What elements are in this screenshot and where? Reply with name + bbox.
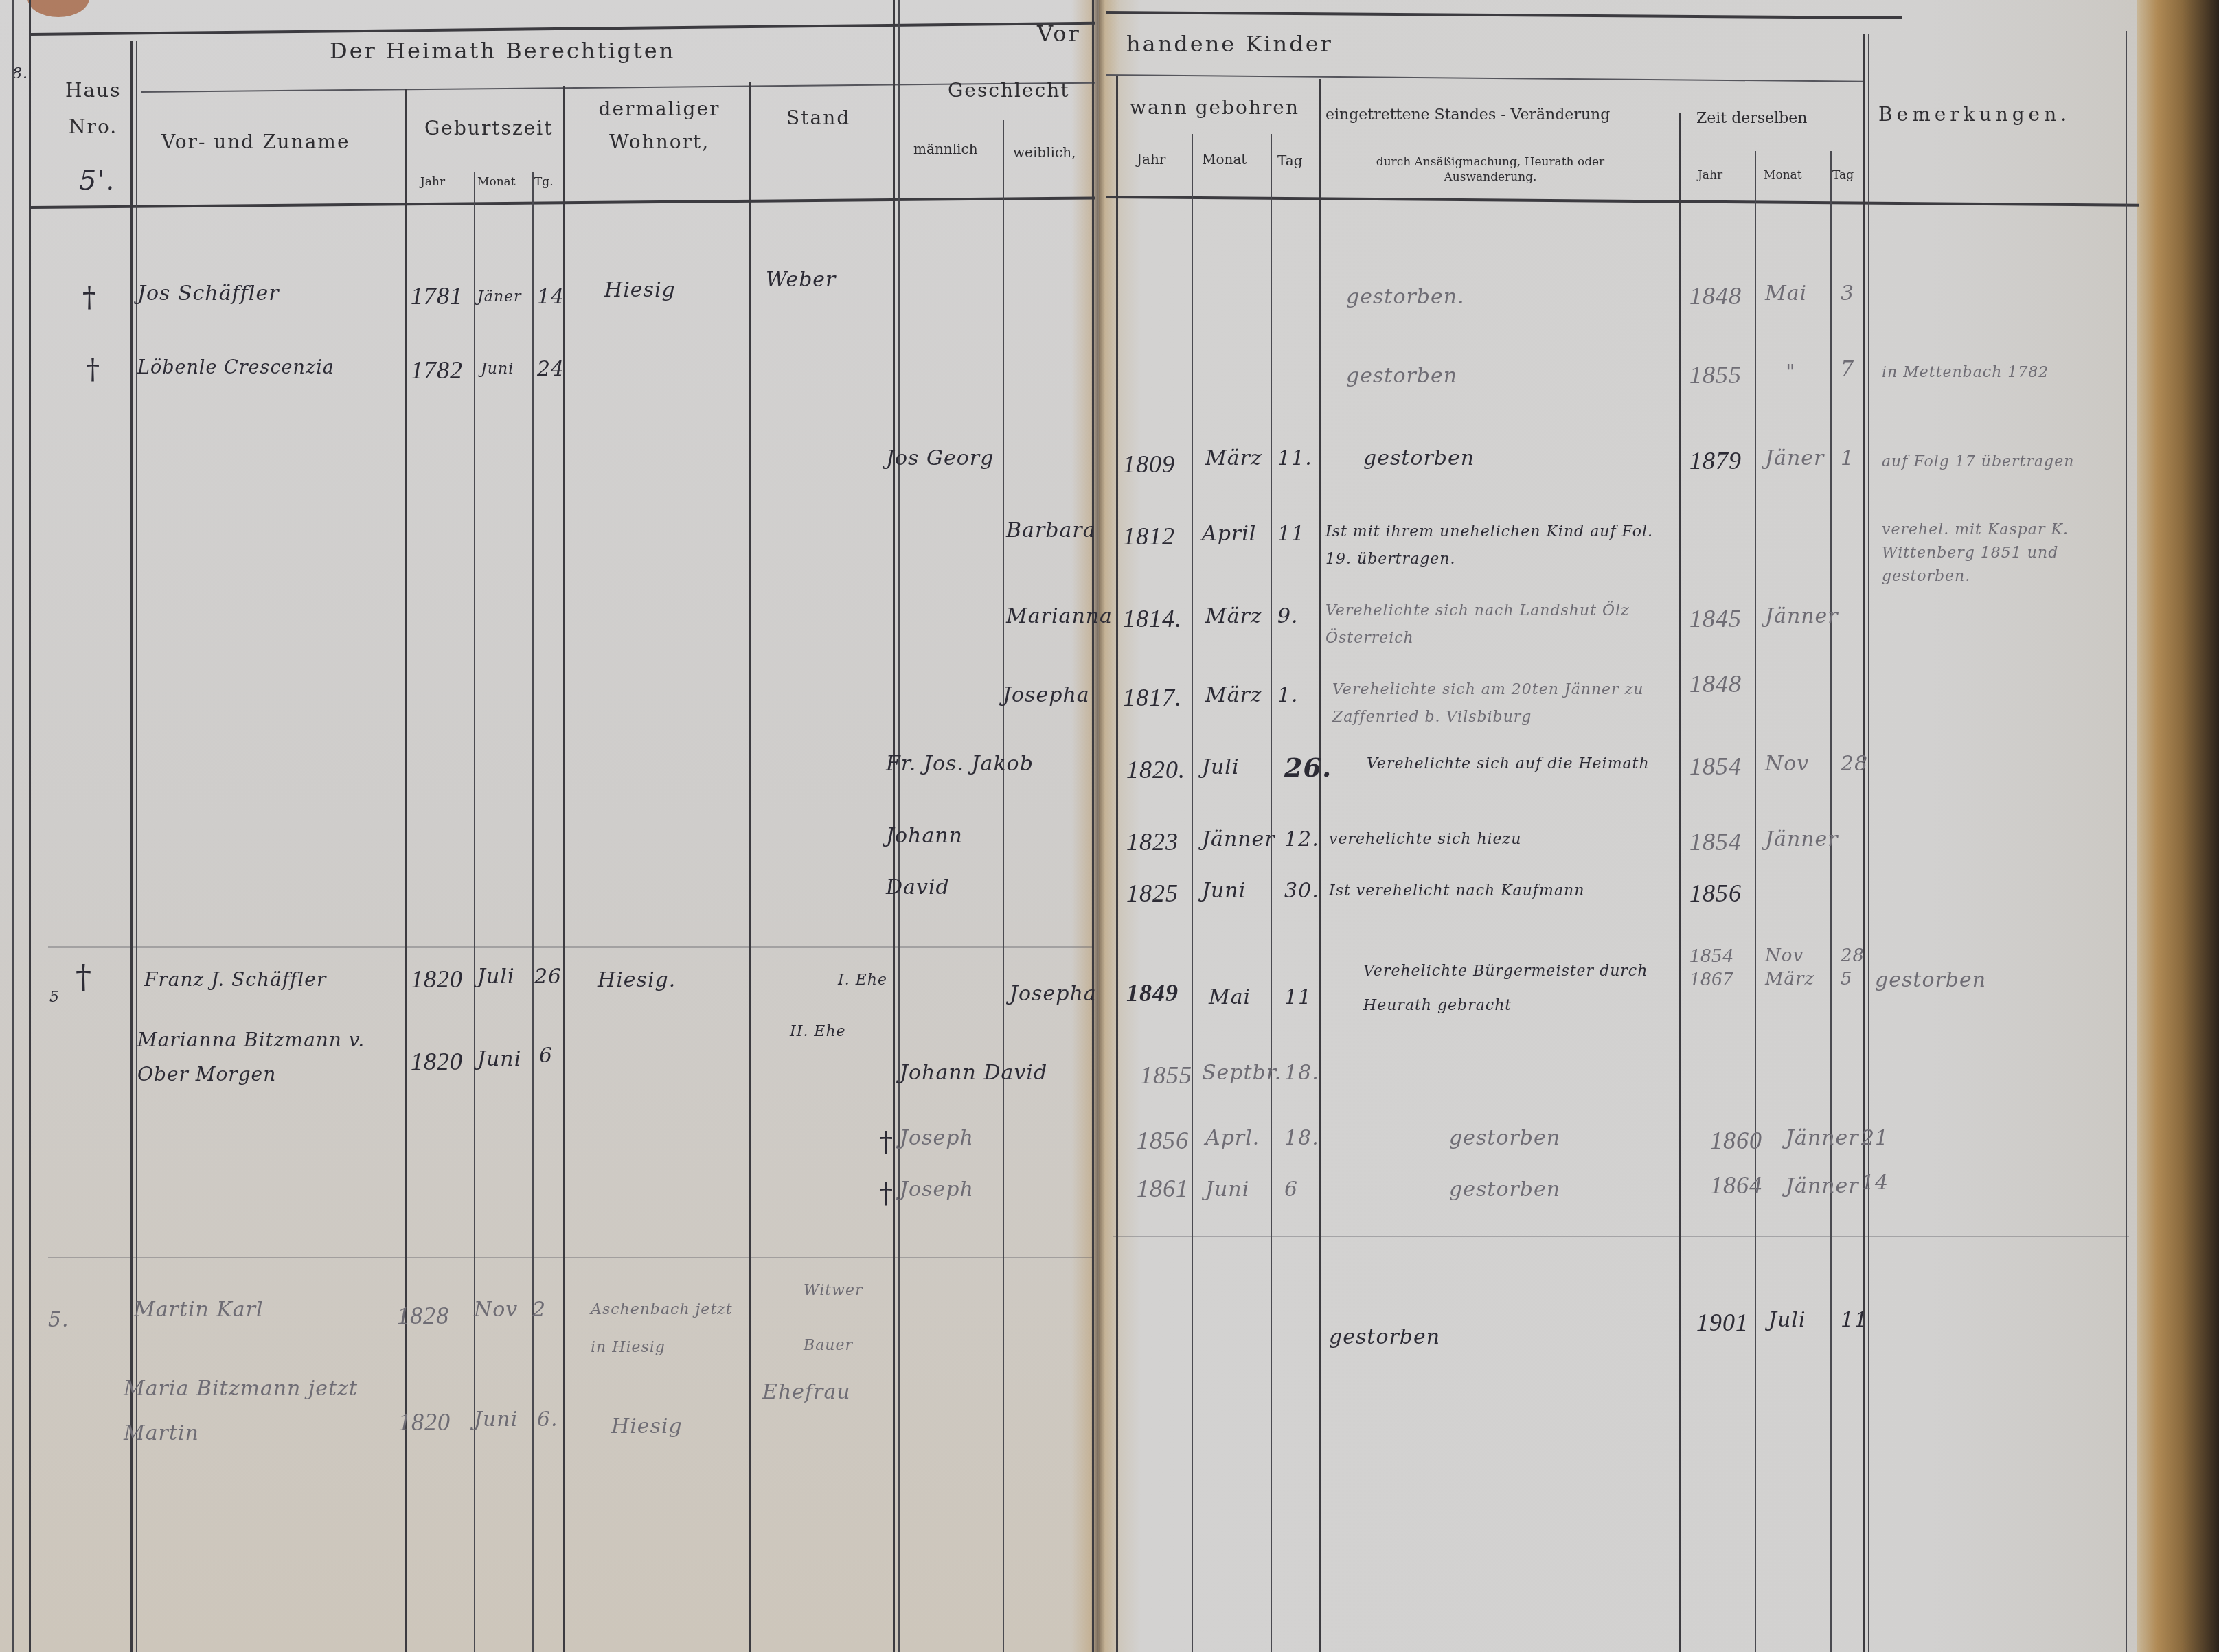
child-change-month: Jänner xyxy=(1786,1174,1859,1198)
col-line xyxy=(563,86,565,1652)
book-gutter xyxy=(1071,0,1119,1652)
parent-residence: Hiesig. xyxy=(598,968,676,992)
child-change-month: Jäner xyxy=(1765,446,1824,470)
parent-status: Weber xyxy=(766,268,836,292)
child-change-month: Jänner xyxy=(1765,827,1839,851)
child-change-year: 1854 xyxy=(1689,827,1742,856)
parent-change-month: " xyxy=(1786,360,1796,385)
col-line xyxy=(1679,113,1681,1652)
house-number: 5. xyxy=(48,1308,69,1332)
child-birth-day: 1. xyxy=(1277,683,1299,707)
child-birth-day: 9. xyxy=(1277,604,1299,628)
child-birth-year: 1820. xyxy=(1126,755,1185,784)
child-change-month: Jänner xyxy=(1786,1126,1859,1150)
parent-change: Verehelichte Bürgermeister durch Heurath… xyxy=(1363,954,1686,1023)
child-male-name: Johann David xyxy=(900,1061,1047,1085)
house-number: 5 xyxy=(49,989,60,1006)
child-birth-day: 11. xyxy=(1277,446,1312,470)
parent-change-day: 3 xyxy=(1841,282,1854,306)
child-birth-year: 1814. xyxy=(1123,604,1182,633)
parent-name: Löbenle Crescenzia xyxy=(137,357,334,378)
child-male-name: David xyxy=(886,875,950,899)
child-change: gestorben xyxy=(1449,1178,1560,1202)
header-change-time: Zeit derselben xyxy=(1696,110,1807,127)
child-birth-year: 1855 xyxy=(1140,1061,1192,1090)
child-change-day: 14 xyxy=(1861,1171,1889,1195)
header-birth-day: Tg. xyxy=(534,175,554,189)
parent-change: gestorben. xyxy=(1346,285,1465,309)
parent-change-month: Juli xyxy=(1768,1308,1806,1332)
child-change: Verehelichte sich auf die Heimath xyxy=(1367,755,1650,772)
child-birth-day: 30. xyxy=(1284,879,1319,903)
col-line xyxy=(29,0,31,1652)
register-spread: 8. Haus Nro. 5'. Der Heimath Berechtigte… xyxy=(0,0,2219,1652)
parent-birth-year: 1820 xyxy=(411,965,463,994)
parent-birth-day: 6. xyxy=(537,1408,558,1432)
header-male: männlich xyxy=(913,141,978,157)
parent-change-year: 1855 xyxy=(1689,360,1742,389)
header-change-month: Monat xyxy=(1764,168,1802,182)
header-remarks: Bemerkungen. xyxy=(1878,103,2071,126)
header-spread-title-left: Vor xyxy=(1037,21,1081,47)
child-male-name: Johann xyxy=(886,824,963,848)
header-spread-title-right: handene Kinder xyxy=(1126,31,1333,57)
parent-residence: Aschenbach jetzt in Hiesig xyxy=(591,1291,742,1366)
col-line xyxy=(1868,34,1869,1652)
parent-birth-day: 14 xyxy=(537,285,565,309)
parent-birth-month: Juni xyxy=(477,1047,521,1071)
header-house-number: 5'. xyxy=(79,165,115,196)
child-male-name: Jos Georg xyxy=(886,446,994,470)
parent-change-month: Nov März xyxy=(1765,944,1814,991)
header-haus: Haus xyxy=(65,79,122,102)
parent-birth-day: 2 xyxy=(532,1298,546,1322)
death-cross-icon: † xyxy=(879,1178,894,1209)
parent-residence: Hiesig xyxy=(604,278,676,302)
parent-residence: Hiesig xyxy=(611,1414,683,1438)
header-status: Stand xyxy=(786,106,850,129)
parent-change: gestorben xyxy=(1346,364,1457,388)
parent-remark: in Mettenbach 1782 xyxy=(1882,364,2049,381)
header-change-day: Tag xyxy=(1832,168,1854,182)
death-cross-icon: † xyxy=(86,354,100,385)
right-page xyxy=(1099,0,2139,1652)
child-change-month: Jänner xyxy=(1765,604,1839,628)
parent-name: Maria Bitzmann jetzt Martin xyxy=(124,1366,398,1456)
child-female-name: Barbara xyxy=(1006,518,1096,542)
child-remark: verehel. mit Kaspar K. Wittenberg 1851 u… xyxy=(1882,518,2108,588)
header-female: weiblich, xyxy=(1013,144,1076,161)
parent-birth-month: Juli xyxy=(477,965,515,989)
col-line xyxy=(1319,79,1321,1652)
child-male-name: Joseph xyxy=(900,1178,974,1202)
book-binding xyxy=(2137,0,2219,1652)
parent-name: Jos Schäffler xyxy=(137,282,279,306)
child-female-name: Josepha xyxy=(1003,683,1090,707)
header-residence: dermaliger Wohnort, xyxy=(591,93,728,159)
col-line xyxy=(1830,151,1832,1652)
child-birth-day: 18. xyxy=(1284,1061,1319,1085)
child-birth-year: 1849 xyxy=(1126,978,1179,1007)
child-change-year: 1854 xyxy=(1689,752,1742,781)
child-birth-month: März xyxy=(1205,683,1262,707)
header-birth-month: Monat xyxy=(477,175,516,189)
header-change: eingetrettene Standes - Veränderung xyxy=(1325,106,1610,124)
child-female-name: Josepha xyxy=(1010,982,1097,1006)
child-birth-month: Mai xyxy=(1209,985,1251,1009)
col-line xyxy=(1271,134,1272,1652)
header-born-month: Monat xyxy=(1202,151,1247,168)
parent-name: Franz J. Schäffler xyxy=(144,968,326,991)
col-line xyxy=(12,0,14,1652)
child-change-year: 1856 xyxy=(1689,879,1742,908)
child-birth-month: Jänner xyxy=(1202,827,1275,851)
parent-name: Martin Karl xyxy=(134,1298,264,1322)
death-cross-icon: † xyxy=(76,958,92,995)
col-line xyxy=(1003,120,1004,1652)
child-birth-day: 11 xyxy=(1284,985,1312,1009)
child-birth-day: 12. xyxy=(1284,827,1319,851)
child-change: Ist verehelicht nach Kaufmann xyxy=(1329,882,1584,899)
child-birth-month: April xyxy=(1202,522,1256,546)
header-change-sub: durch Ansäßigmachung, Heurath oder Auswa… xyxy=(1346,154,1635,185)
parent-change-month: Mai xyxy=(1765,282,1807,306)
parent-change-day: 28 5 xyxy=(1841,944,1865,991)
margin-mark: 8. xyxy=(12,65,28,82)
parent-status: Ehefrau xyxy=(762,1380,851,1404)
child-birth-day: 26. xyxy=(1284,752,1332,783)
parent-change-day: 7 xyxy=(1841,357,1854,381)
col-line xyxy=(749,82,751,1652)
child-change-year: 1845 xyxy=(1689,604,1742,633)
child-male-name: Fr. Jos. Jakob xyxy=(886,752,1034,776)
parent-birth-year: 1781 xyxy=(411,282,463,310)
parent-birth-month: Juni xyxy=(474,1408,518,1432)
child-birth-year: 1856 xyxy=(1137,1126,1189,1155)
header-born-day: Tag xyxy=(1277,152,1303,169)
col-line xyxy=(1192,134,1193,1652)
child-change: Verehelichte sich am 20ten Jänner zu Zaf… xyxy=(1332,676,1676,731)
child-change-day: 28 xyxy=(1841,752,1868,776)
child-change-year: 1848 xyxy=(1689,669,1742,698)
child-change-month: Nov xyxy=(1765,752,1809,776)
child-birth-year: 1809 xyxy=(1123,450,1175,479)
child-birth-day: 11 xyxy=(1277,522,1305,546)
rule-family-3-right xyxy=(1113,1236,2129,1237)
parent-status: Witwer Bauer xyxy=(804,1263,886,1373)
death-cross-icon: † xyxy=(82,282,97,313)
parent-birth-year: 1828 xyxy=(397,1301,449,1330)
header-birth-year: Jahr xyxy=(420,175,445,189)
parent-birth-year: 1820 xyxy=(411,1047,463,1076)
child-change: gestorben xyxy=(1363,446,1475,470)
child-change-year: 1864 xyxy=(1710,1171,1762,1200)
child-birth-month: Juli xyxy=(1202,755,1240,779)
child-male-name: Joseph xyxy=(900,1126,974,1150)
child-change: Ist mit ihrem unehelichen Kind auf Fol. … xyxy=(1325,518,1669,573)
child-birth-month: Juni xyxy=(1202,879,1246,903)
col-line xyxy=(532,172,534,1652)
child-birth-month: Septbr. xyxy=(1202,1061,1282,1085)
parent-birth-year: 1782 xyxy=(411,356,463,385)
header-born-year: Jahr xyxy=(1137,151,1165,168)
col-line xyxy=(1116,76,1118,1652)
parent-birth-year: 1820 xyxy=(398,1408,451,1436)
parent-birth-day: 26 xyxy=(534,965,562,989)
child-birth-month: März xyxy=(1205,446,1262,470)
child-change-day: 21 xyxy=(1861,1126,1889,1150)
col-line xyxy=(2126,31,2127,1652)
child-birth-month: Juni xyxy=(1205,1178,1249,1202)
col-line xyxy=(1092,0,1094,1652)
header-left-title: Der Heimath Berechtigten xyxy=(330,38,675,64)
child-change-year: 1860 xyxy=(1710,1126,1762,1155)
col-line xyxy=(1863,34,1865,1652)
parent-remark: gestorben xyxy=(1875,968,1986,992)
parent-change-year: 1848 xyxy=(1689,282,1742,310)
header-birth: Geburtszeit xyxy=(424,117,553,139)
header-nro: Nro. xyxy=(69,115,117,138)
child-change-year: 1879 xyxy=(1689,446,1742,475)
death-cross-icon: † xyxy=(879,1126,894,1158)
header-sex: Geschlecht xyxy=(948,79,1070,102)
parent-status: II. Ehe xyxy=(790,1023,846,1040)
parent-birth-day: 6 xyxy=(539,1044,553,1068)
parent-change: gestorben xyxy=(1329,1325,1440,1349)
child-birth-day: 6 xyxy=(1284,1178,1298,1202)
parent-birth-month: Nov xyxy=(474,1298,518,1322)
child-birth-month: Aprl. xyxy=(1205,1126,1260,1150)
parent-change-year: 1901 xyxy=(1696,1308,1749,1337)
rule-family-3 xyxy=(48,1257,1092,1258)
child-birth-year: 1823 xyxy=(1126,827,1179,856)
parent-change-year: 1854 1867 xyxy=(1689,944,1733,991)
col-line xyxy=(1755,151,1756,1652)
child-birth-year: 1825 xyxy=(1126,879,1179,908)
child-birth-year: 1817. xyxy=(1123,683,1182,712)
child-female-name: Marianna xyxy=(1006,604,1113,628)
child-change-day: 1 xyxy=(1841,446,1854,470)
child-remark: auf Folg 17 übertragen xyxy=(1882,453,2074,470)
child-birth-year: 1812 xyxy=(1123,522,1175,551)
parent-birth-month: Jäner xyxy=(477,288,522,306)
parent-birth-month: Juni xyxy=(481,360,514,378)
child-change: verehelichte sich hiezu xyxy=(1329,831,1521,848)
child-change: gestorben xyxy=(1449,1126,1560,1150)
header-born: wann gebohren xyxy=(1130,96,1299,119)
child-birth-day: 18. xyxy=(1284,1126,1319,1150)
rule-family-2 xyxy=(48,946,1092,948)
parent-status: I. Ehe xyxy=(838,972,887,989)
parent-birth-day: 24 xyxy=(537,357,565,381)
child-birth-year: 1861 xyxy=(1137,1174,1189,1203)
parent-change-day: 11 xyxy=(1841,1308,1868,1332)
child-change: Verehelichte sich nach Landshut Ölz Öste… xyxy=(1325,597,1676,652)
header-change-year: Jahr xyxy=(1698,168,1722,182)
child-birth-month: März xyxy=(1205,604,1262,628)
header-name: Vor- und Zuname xyxy=(161,130,350,153)
parent-name: Marianna Bitzmann v. Ober Morgen xyxy=(137,1023,398,1092)
